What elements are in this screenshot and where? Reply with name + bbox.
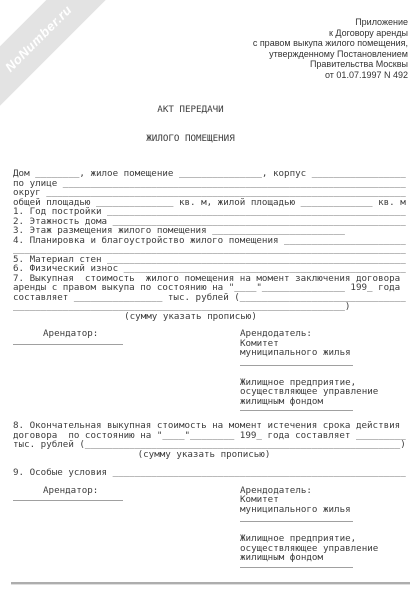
- form-line-special-conditions: 9. Особые условия ______________________…: [13, 468, 408, 478]
- sum-in-words-note: (сумму указать прописью): [13, 450, 395, 460]
- signature-block-1: Арендатор: Арендодатель: Комитет муницип…: [13, 329, 408, 411]
- watermark-text: NoNumber.ru: [2, 2, 75, 75]
- landlord-org-line: муниципального жилья: [240, 348, 408, 358]
- housing-signature-line: [240, 410, 353, 411]
- tenant-column: Арендатор:: [13, 329, 240, 411]
- document-page: NoNumber.ru Приложение к Договору аренды…: [0, 0, 420, 600]
- landlord-signature-line: [240, 365, 353, 366]
- appendix-header: Приложение к Договору аренды с правом вы…: [253, 17, 408, 80]
- header-line: от 01.07.1997 N 492: [253, 70, 408, 81]
- bottom-divider: [11, 582, 410, 585]
- tenant-label: Арендатор:: [13, 486, 240, 496]
- title-line-1: АКТ ПЕРЕДАЧИ: [13, 105, 368, 115]
- housing-company-line: жилищным фондом: [240, 397, 408, 407]
- header-line: Правительства Москвы: [253, 59, 408, 70]
- landlord-column: Арендодатель: Комитет муниципального жил…: [240, 329, 408, 411]
- sum-in-words-note: (сумму указать прописью): [13, 312, 368, 322]
- housing-company-line: жилищным фондом: [240, 553, 408, 563]
- header-line: с правом выкупа жилого помещения,: [253, 38, 408, 49]
- landlord-signature-line: [240, 521, 353, 522]
- tenant-column: Арендатор:: [13, 486, 240, 568]
- tenant-label: Арендатор:: [13, 329, 240, 339]
- document-title: АКТ ПЕРЕДАЧИ ЖИЛОГО ПОМЕЩЕНИЯ: [13, 86, 368, 162]
- header-line: к Договору аренды: [253, 28, 408, 39]
- special-conditions-section: 9. Особые условия ______________________…: [13, 468, 408, 478]
- header-line: Приложение: [253, 17, 408, 28]
- property-details-section: Дом ________, жилое помещение __________…: [13, 169, 408, 312]
- landlord-org-line: муниципального жилья: [240, 505, 408, 515]
- final-price-section: 8. Окончательная выкупная стоимость на м…: [13, 421, 408, 450]
- tenant-signature-line: [13, 500, 123, 501]
- housing-signature-line: [240, 567, 353, 568]
- document-body: АКТ ПЕРЕДАЧИ ЖИЛОГО ПОМЕЩЕНИЯ Дом ______…: [13, 86, 408, 585]
- landlord-column: Арендодатель: Комитет муниципального жил…: [240, 486, 408, 568]
- title-line-2: ЖИЛОГО ПОМЕЩЕНИЯ: [13, 134, 368, 144]
- header-line: утвержденному Постановлением: [253, 49, 408, 60]
- tenant-signature-line: [13, 344, 123, 345]
- signature-block-2: Арендатор: Арендодатель: Комитет муницип…: [13, 486, 408, 568]
